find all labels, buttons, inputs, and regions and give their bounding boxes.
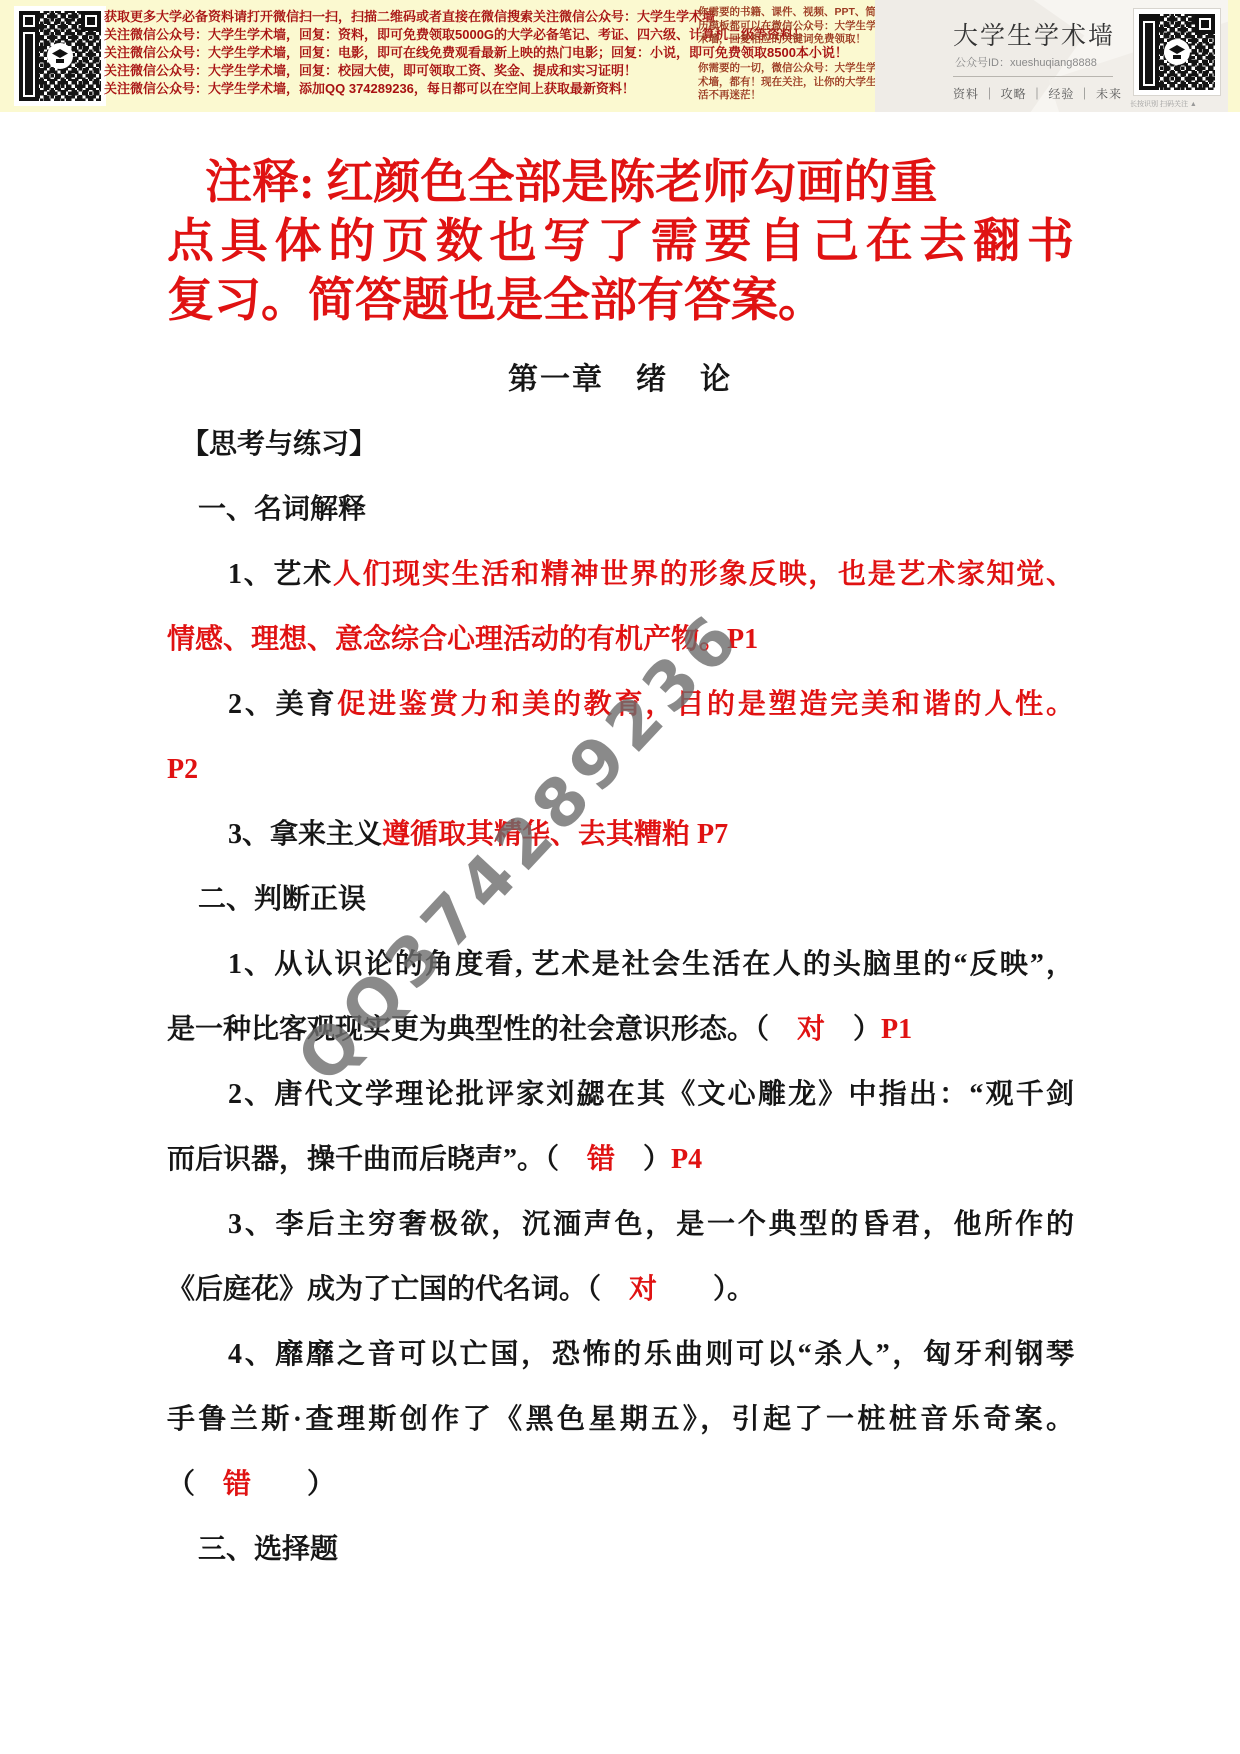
doc-text: 3、拿来主义 [228, 819, 382, 850]
doc-text: 《后庭花》成为了亡国的代名词。（ [167, 1274, 629, 1305]
doc-line: 2、美育促进鉴赏力和美的教育，目的是塑造完美和谐的人性。 [167, 672, 1074, 737]
doc-line: 4、靡靡之音可以亡国，恐怖的乐曲则可以“杀人”，匈牙利钢琴 [167, 1322, 1074, 1387]
card-account-id: 公众号ID：xueshuqiang8888 [955, 54, 1097, 70]
doc-line: （ 错 ） [167, 1452, 1074, 1517]
scanned-document-page: 注释: 红颜色全部是陈老师勾画的重 点具体的页数也写了需要自己在去翻书 复习。简… [0, 154, 1240, 1582]
highlighted-answer-text: 遵循取其精华、去其糟粕 P7 [382, 819, 728, 850]
doc-line: 3、李后主穷奢极欲，沉湎声色，是一个典型的昏君，他所作的 [167, 1192, 1074, 1257]
official-account-card: 大学生学术墙 公众号ID：xueshuqiang8888 资料 ｜ 攻略 ｜ 经… [875, 0, 1228, 112]
doc-text: （ [167, 1469, 223, 1500]
doc-text: ） [251, 1469, 335, 1500]
doc-text: 手鲁兰斯·查理斯创作了《黑色星期五》，引起了一桩桩音乐奇案。 [167, 1404, 1074, 1435]
doc-text: 【思考与练习】 [181, 429, 377, 460]
graduation-cap-icon [47, 43, 73, 69]
note-heading: 注释: 红颜色全部是陈老师勾画的重 点具体的页数也写了需要自己在去翻书 复习。简… [167, 154, 1074, 331]
highlighted-answer-text: 对 [629, 1274, 657, 1305]
doc-text: 二、判断正误 [198, 884, 366, 915]
note-heading-line: 复习。简答题也是全部有答案。 [167, 272, 1074, 331]
doc-line: 是一种比客观现实更为典型性的社会意识形态。（ 对 ）P1 [167, 997, 1074, 1062]
graduation-cap-icon [1164, 39, 1190, 65]
card-qr-tile [1133, 8, 1221, 96]
doc-text: 4、靡靡之音可以亡国，恐怖的乐曲则可以“杀人”，匈牙利钢琴 [228, 1339, 1074, 1370]
doc-line: 2、唐代文学理论批评家刘勰在其《文心雕龙》中指出：“观千剑 [167, 1062, 1074, 1127]
highlighted-answer-text: 促进鉴赏力和美的教育，目的是塑造完美和谐的人性。 [337, 689, 1074, 720]
doc-line: 而后识器，操千曲而后晓声”。（ 错 ）P4 [167, 1127, 1074, 1192]
doc-line: 三、选择题 [167, 1517, 1074, 1582]
highlighted-answer-text: P1 [881, 1014, 912, 1045]
doc-text: 三、选择题 [198, 1534, 338, 1565]
doc-line: 【思考与练习】 [167, 412, 1074, 477]
chapter-title: 第一章 绪 论 [0, 347, 1240, 412]
qr-code-card-icon [1139, 14, 1215, 90]
doc-text: ） [825, 1014, 881, 1045]
highlighted-answer-text: 错 [587, 1144, 615, 1175]
doc-line: P2 [167, 737, 1074, 802]
note-heading-line: 点具体的页数也写了需要自己在去翻书 [167, 213, 1074, 272]
qr-finder-icon [1139, 17, 1159, 90]
card-qr-caption: 长按识别 扫码关注 ▲ [1130, 99, 1225, 109]
doc-line: 3、拿来主义遵循取其精华、去其糟粕 P7 [167, 802, 1074, 867]
doc-text: 2、唐代文学理论批评家刘勰在其《文心雕龙》中指出：“观千剑 [228, 1079, 1074, 1110]
highlighted-answer-text: P2 [167, 754, 198, 785]
highlighted-answer-text: 情感、理想、意念综合心理活动的有机产物。P1 [167, 624, 758, 655]
highlighted-answer-text: 错 [223, 1469, 251, 1500]
qr-finder-icon [81, 11, 101, 31]
highlighted-answer-text: 对 [797, 1014, 825, 1045]
card-title: 大学生学术墙 [953, 16, 1115, 52]
left-qr-tile [14, 6, 106, 106]
doc-line: 二、判断正误 [167, 867, 1074, 932]
middle-note-bottom: 你需要的一切，微信公众号：大学生学术墙，都有！现在关注，让你的大学生活不再迷茫！ [698, 62, 878, 103]
doc-line: 一、名词解释 [167, 477, 1074, 542]
qr-finder-icon [19, 28, 39, 101]
doc-text: ） [615, 1144, 671, 1175]
doc-line: 《后庭花》成为了亡国的代名词。（ 对 ）。 [167, 1257, 1074, 1322]
doc-text: 2、美育 [228, 689, 337, 720]
doc-line: 1、从认识论的角度看, 艺术是社会生活在人的头脑里的“反映”， [167, 932, 1074, 997]
promo-line: 关注微信公众号：大学生学术墙，回复：电影，即可在线免费观看最新上映的热门电影；回… [104, 44, 848, 62]
doc-text: ）。 [657, 1274, 755, 1305]
middle-note-top: 你需要的书籍、课件、视频、PPT、简历模板都可以在微信公众号：大学生学术墙，回复… [698, 6, 878, 47]
doc-line: 手鲁兰斯·查理斯创作了《黑色星期五》，引起了一桩桩音乐奇案。 [167, 1387, 1074, 1452]
promo-banner: 获取更多大学必备资料请打开微信扫一扫，扫描二维码或者直接在微信搜索关注微信公众号… [0, 0, 1240, 112]
doc-lines: 【思考与练习】一、名词解释1、艺术人们现实生活和精神世界的形象反映，也是艺术家知… [167, 412, 1074, 1582]
doc-text: 一、名词解释 [198, 494, 366, 525]
note-heading-line: 注释: 红颜色全部是陈老师勾画的重 [167, 154, 1074, 213]
doc-text: 而后识器，操千曲而后晓声”。（ [167, 1144, 587, 1175]
highlighted-answer-text: 人们现实生活和精神世界的形象反映，也是艺术家知觉、 [333, 559, 1074, 590]
card-tags: 资料 ｜ 攻略 ｜ 经验 ｜ 未来 [953, 85, 1122, 102]
qr-code-left-icon [19, 11, 101, 101]
qr-finder-icon [1195, 14, 1215, 34]
card-divider [953, 76, 1113, 77]
doc-text: 是一种比客观现实更为典型性的社会意识形态。（ [167, 1014, 797, 1045]
doc-text: 1、艺术 [228, 559, 333, 590]
highlighted-answer-text: P4 [671, 1144, 702, 1175]
doc-line: 情感、理想、意念综合心理活动的有机产物。P1 [167, 607, 1074, 672]
doc-text: 3、李后主穷奢极欲，沉湎声色，是一个典型的昏君，他所作的 [228, 1209, 1074, 1240]
doc-text: 1、从认识论的角度看, 艺术是社会生活在人的头脑里的“反映”， [228, 949, 1074, 980]
doc-line: 1、艺术人们现实生活和精神世界的形象反映，也是艺术家知觉、 [167, 542, 1074, 607]
